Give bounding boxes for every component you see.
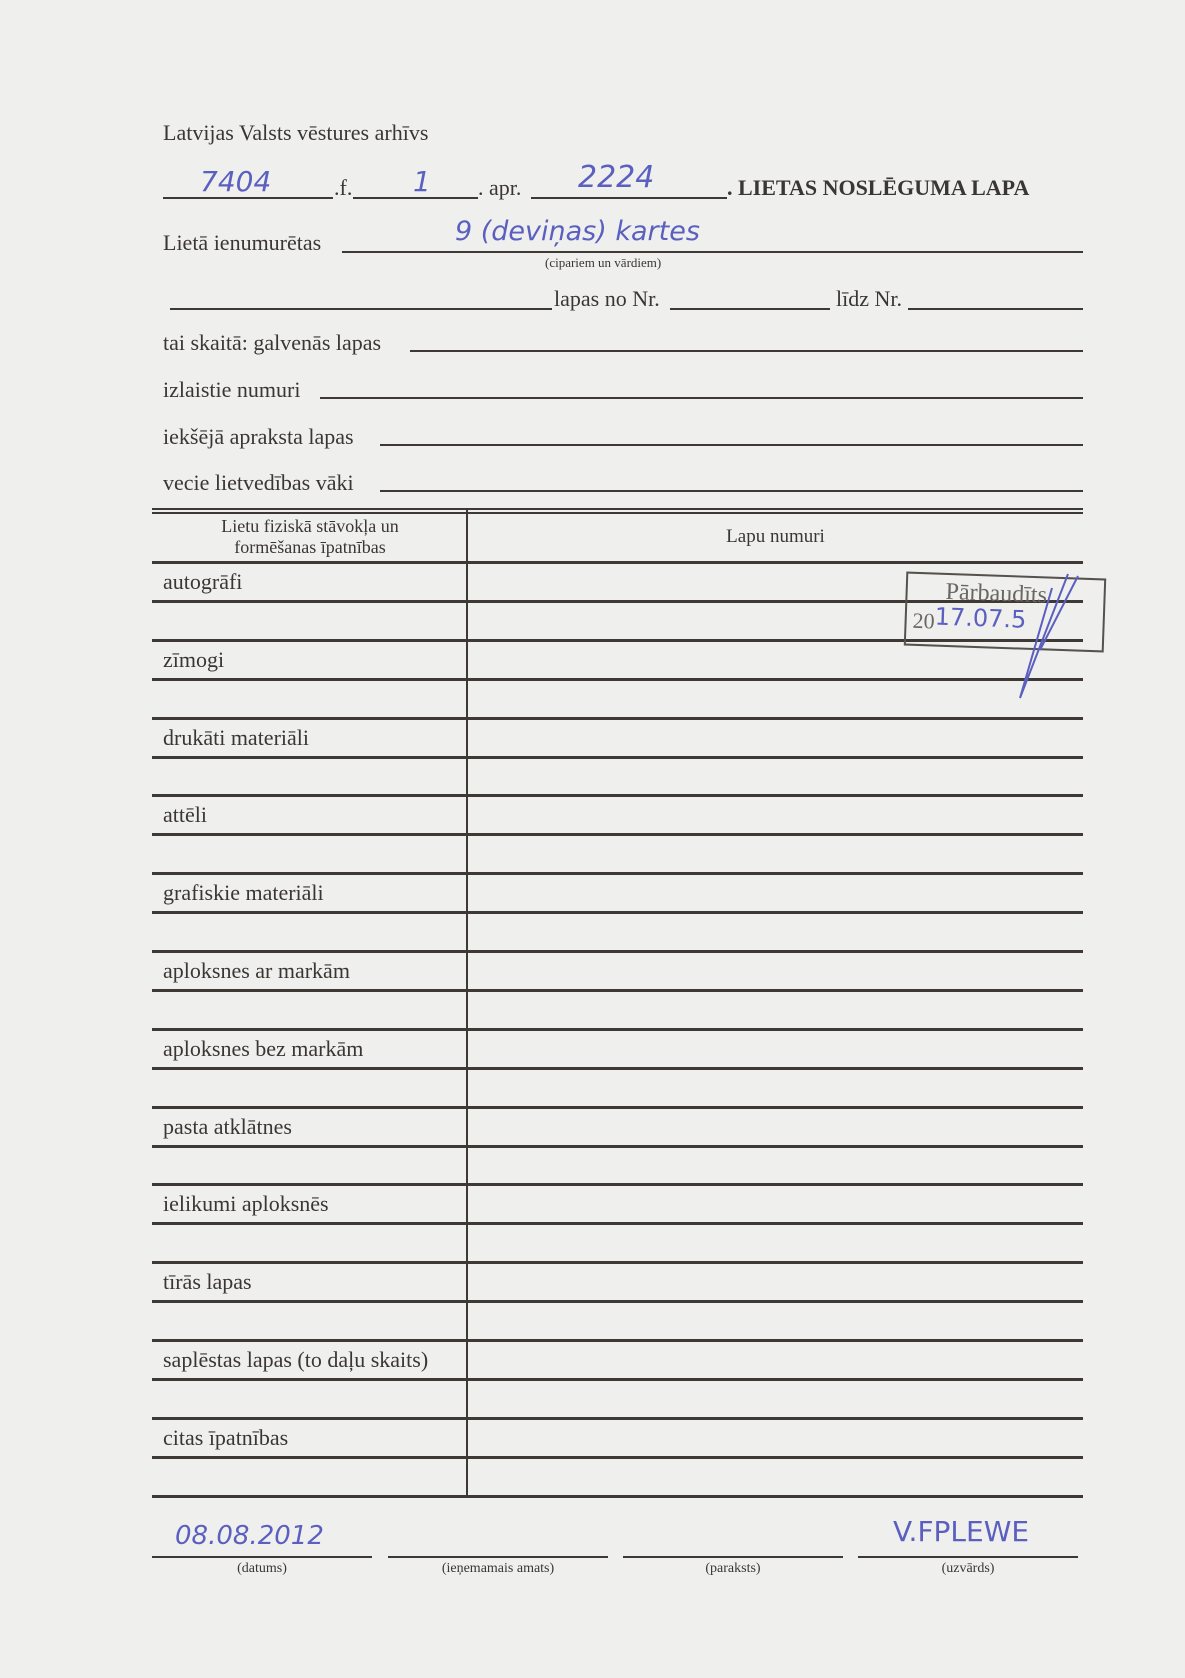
fond-label: .f. [334, 177, 352, 199]
col1-header-line1: Lietu fiziskā stāvokļa un [152, 517, 468, 535]
page-numbers-cell[interactable] [470, 1186, 1082, 1258]
inventory-pages-underline [380, 444, 1083, 446]
surname-caption: (uzvārds) [858, 1562, 1078, 1576]
table-row-label: pasta atklātnes [163, 1116, 292, 1138]
table-top-line [152, 508, 1083, 510]
numbered-underline [342, 251, 1083, 253]
file-underline [531, 197, 727, 199]
table-row-label: autogrāfi [163, 571, 242, 593]
page-numbers-cell[interactable] [470, 1109, 1082, 1181]
table-row-label: aploksnes ar markām [163, 960, 350, 982]
old-covers-label: vecie lietvedības vāki [163, 472, 354, 494]
pages-from-label: lapas no Nr. [554, 288, 660, 310]
date-caption: (datums) [152, 1562, 372, 1576]
document-title: . LIETAS NOSLĒGUMA LAPA [727, 177, 1029, 199]
position-underline [388, 1556, 608, 1558]
table-row-line [152, 1495, 1083, 1498]
checkmark-signature-icon [1000, 570, 1110, 710]
pages-to-label: līdz Nr. [836, 288, 902, 310]
table-row-label: grafiskie materiāli [163, 882, 324, 904]
table-row-label: attēli [163, 804, 207, 826]
pages-to-underline [908, 308, 1083, 310]
pages-from-underline [670, 308, 830, 310]
numbered-value[interactable]: 9 (deviņas) kartes [455, 218, 700, 245]
page-numbers-cell[interactable] [470, 953, 1082, 1025]
inventory-value[interactable]: 1 [413, 168, 431, 196]
date-underline [152, 1556, 372, 1558]
signature-caption: (paraksts) [623, 1562, 843, 1576]
surname-underline [858, 1556, 1078, 1558]
archive-name: Latvijas Valsts vēstures arhīvs [163, 122, 428, 144]
numbered-hint: (cipariem un vārdiem) [545, 256, 661, 269]
numbered-label: Lietā ienumurētas [163, 232, 321, 254]
skipped-underline [320, 397, 1083, 399]
main-pages-underline [410, 350, 1083, 352]
date-value[interactable]: 08.08.2012 [175, 1523, 324, 1549]
page-numbers-cell[interactable] [470, 1264, 1082, 1336]
col1-header-line2: formēšanas īpatnības [152, 538, 468, 556]
skipped-label: izlaistie numuri [163, 379, 300, 401]
inventory-pages-label: iekšējā apraksta lapas [163, 426, 354, 448]
pages-count-underline [170, 308, 552, 310]
fond-value[interactable]: 7404 [200, 168, 271, 196]
table-row-label: tīrās lapas [163, 1271, 252, 1293]
page-numbers-cell[interactable] [470, 642, 1082, 714]
table-row-label: saplēstas lapas (to daļu skaits) [163, 1349, 428, 1371]
signature-underline [623, 1556, 843, 1558]
table-top-line-2 [152, 512, 1083, 514]
page-numbers-cell[interactable] [470, 1420, 1082, 1492]
column-divider [466, 510, 468, 1496]
page-numbers-cell[interactable] [470, 720, 1082, 792]
table-row-label: ielikumi aploksnēs [163, 1193, 329, 1215]
col2-header: Lapu numuri [468, 527, 1083, 546]
position-caption: (ieņemamais amats) [388, 1562, 608, 1576]
main-pages-label: tai skaitā: galvenās lapas [163, 332, 381, 354]
page-numbers-cell[interactable] [470, 875, 1082, 947]
page-numbers-cell[interactable] [470, 797, 1082, 869]
table-row-label: drukāti materiāli [163, 727, 309, 749]
page-numbers-cell[interactable] [470, 1031, 1082, 1103]
surname-value[interactable]: V.FPLEWE [893, 1518, 1029, 1546]
table-row-label: aploksnes bez markām [163, 1038, 363, 1060]
table-row-label: citas īpatnības [163, 1427, 288, 1449]
stamp-date-prefix: 20 [912, 608, 935, 635]
page-numbers-cell[interactable] [470, 1342, 1082, 1414]
table-row-label: zīmogi [163, 649, 224, 671]
old-covers-underline [380, 490, 1083, 492]
file-value[interactable]: 2224 [578, 163, 654, 193]
inventory-label: . apr. [478, 177, 521, 199]
